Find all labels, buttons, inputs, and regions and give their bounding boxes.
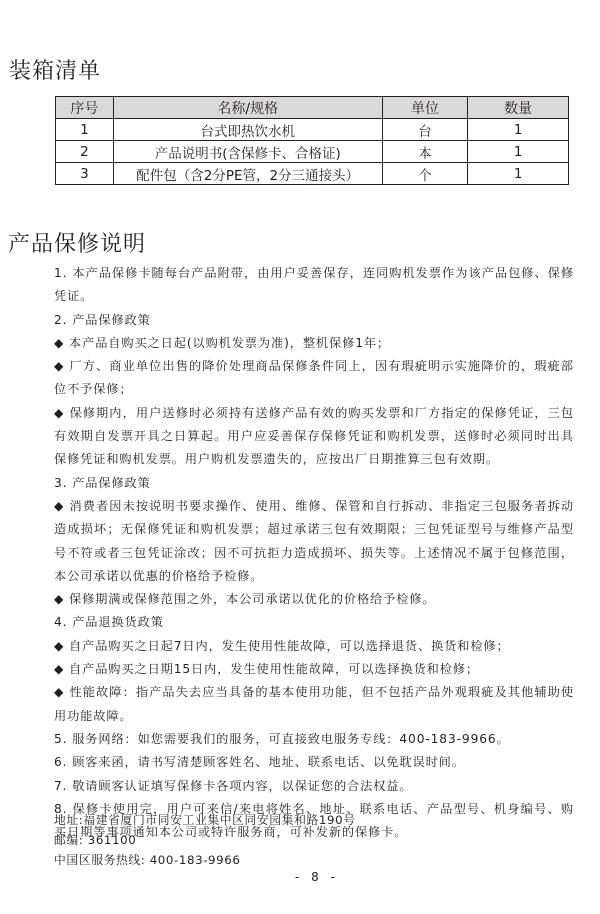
cell-unit: 个 <box>382 163 468 185</box>
cell-unit: 本 <box>382 141 468 163</box>
warranty-bullet: ◆ 保修期内，用户送修时必须持有送修产品有效的购买发票和厂方指定的保修凭证，三包… <box>54 402 574 472</box>
warranty-subheading: 3. 产品保修政策 <box>54 472 574 495</box>
cell-unit: 台 <box>382 119 468 141</box>
cell-name: 配件包（含2分PE管，2分三通接头） <box>113 163 382 185</box>
table-row: 2 产品说明书(含保修卡、合格证) 本 1 <box>56 141 569 163</box>
postcode-text: 邮编: 361100 <box>54 830 356 850</box>
table-row: 3 配件包（含2分PE管，2分三通接头） 个 1 <box>56 163 569 185</box>
column-header-unit: 单位 <box>382 97 468 119</box>
cell-index: 1 <box>56 119 114 141</box>
packing-list-title: 装箱清单 <box>9 59 101 85</box>
cell-index: 2 <box>56 141 114 163</box>
warranty-paragraph: 1. 本产品保修卡随每台产品附带，由用户妥善保存，连同购机发票作为该产品包修、保… <box>54 262 574 309</box>
warranty-subheading: 2. 产品保修政策 <box>54 309 574 332</box>
cell-quantity: 1 <box>468 141 569 163</box>
warranty-section-title: 产品保修说明 <box>8 232 146 258</box>
table-row: 1 台式即热饮水机 台 1 <box>56 119 569 141</box>
warranty-bullet: ◆ 自产品购买之日期15日内，发生使用性能故障，可以选择换货和检修； <box>54 658 574 681</box>
cell-quantity: 1 <box>468 163 569 185</box>
warranty-bullet: ◆ 性能故障：指产品失去应当具备的基本使用功能，但不包括产品外观瑕疵及其他辅助使… <box>54 681 574 728</box>
warranty-bullet: ◆ 自产品购买之日起7日内，发生使用性能故障，可以选择退货、换货和检修； <box>54 635 574 658</box>
warranty-bullet: ◆ 消费者因未按说明书要求操作、使用、维修、保管和自行拆动、非指定三包服务者拆动… <box>54 495 574 588</box>
warranty-paragraph: 5. 服务网络：如您需要我们的服务，可直接致电服务专线：400-183-9966… <box>54 728 574 751</box>
address-text: 地址:福建省厦门市同安工业集中区同安园集和路190号 <box>54 810 356 830</box>
column-header-quantity: 数量 <box>468 97 569 119</box>
cell-index: 3 <box>56 163 114 185</box>
table-header-row: 序号 名称/规格 单位 数量 <box>56 97 569 119</box>
hotline-text: 中国区服务热线: 400-183-9966 <box>54 850 356 870</box>
column-header-index: 序号 <box>56 97 114 119</box>
warranty-paragraph: 7. 敬请顾客认证填写保修卡各项内容，以保证您的合法权益。 <box>54 775 574 798</box>
cell-quantity: 1 <box>468 119 569 141</box>
warranty-body: 1. 本产品保修卡随每台产品附带，由用户妥善保存，连同购机发票作为该产品包修、保… <box>54 262 574 844</box>
page-number: - 8 - <box>295 870 339 884</box>
packing-list-table: 序号 名称/规格 单位 数量 1 台式即热饮水机 台 1 2 产品说明书(含保修… <box>55 96 569 185</box>
cell-name: 台式即热饮水机 <box>113 119 382 141</box>
column-header-name: 名称/规格 <box>113 97 382 119</box>
warranty-bullet: ◆ 厂方、商业单位出售的降价处理商品保修条件同上，因有瑕疵明示实施降价的，瑕疵部… <box>54 355 574 402</box>
warranty-bullet: ◆ 保修期满或保修范围之外，本公司承诺以优化的价格给予检修。 <box>54 588 574 611</box>
warranty-subheading: 4. 产品退换货政策 <box>54 611 574 634</box>
warranty-paragraph: 6. 顾客来函，请书写清楚顾客姓名、地址、联系电话、以免耽误时间。 <box>54 751 574 774</box>
cell-name: 产品说明书(含保修卡、合格证) <box>113 141 382 163</box>
warranty-bullet: ◆ 本产品自购买之日起(以购机发票为准)，整机保修1年； <box>54 332 574 355</box>
contact-footer: 地址:福建省厦门市同安工业集中区同安园集和路190号 邮编: 361100 中国… <box>54 810 356 870</box>
